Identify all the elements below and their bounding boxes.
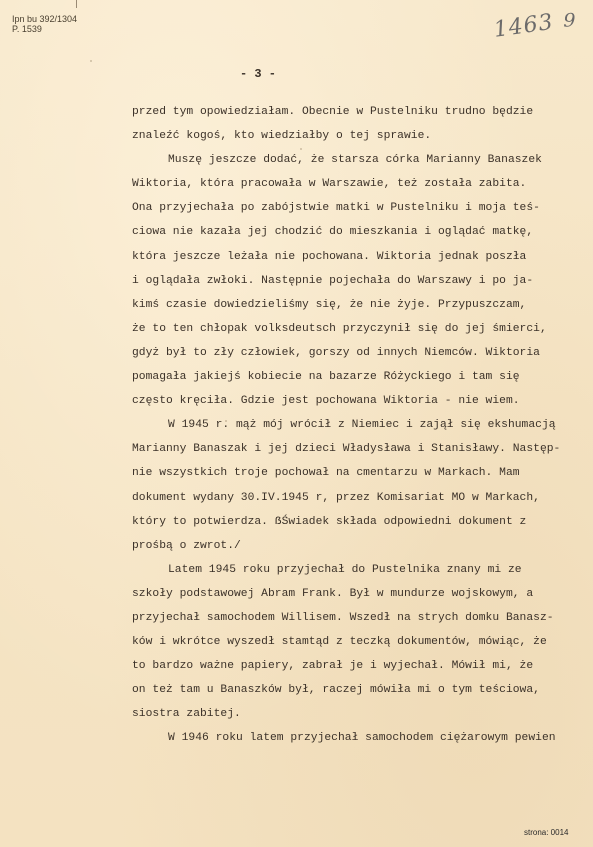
- archive-reference: Ipn bu 392/1304 P. 1539: [12, 14, 77, 34]
- text-line: Ona przyjechała po zabójstwie matki w Pu…: [132, 196, 582, 220]
- text-line: on też tam u Banaszków był, raczej mówił…: [132, 678, 582, 702]
- handwritten-folio-number: 1463: [492, 10, 555, 43]
- text-line: W 1945 r. mąż mój wrócił z Niemiec i zaj…: [132, 413, 582, 437]
- text-line: często kręciła. Gdzie jest pochowana Wik…: [132, 389, 582, 413]
- text-line: Wiktoria, która pracowała w Warszawie, t…: [132, 172, 582, 196]
- text-line: nie wszystkich troje pochował na cmentar…: [132, 461, 582, 485]
- text-line: prośbą o zwrot./: [132, 534, 582, 558]
- text-line: ków i wkrótce wyszedł stamtąd z teczką d…: [132, 630, 582, 654]
- text-line: który to potwierdza. ẞŚwiadek składa odp…: [132, 510, 582, 534]
- handwritten-sheet-number: 9: [563, 9, 576, 31]
- text-line: siostra zabitej.: [132, 702, 582, 726]
- paper-speck: [225, 420, 227, 422]
- text-line: to bardzo ważne papiery, zabrał je i wyj…: [132, 654, 582, 678]
- text-line: przyjechał samochodem Willisem. Wszedł n…: [132, 606, 582, 630]
- text-line: że to ten chłopak volksdeutsch przyczyni…: [132, 317, 582, 341]
- text-line: Muszę jeszcze dodać, że starsza córka Ma…: [132, 148, 582, 172]
- text-line: szkoły podstawowej Abram Frank. Był w mu…: [132, 582, 582, 606]
- text-line: kimś czasie dowiedzieliśmy się, że nie ż…: [132, 293, 582, 317]
- text-line: i oglądała zwłoki. Następnie pojechała d…: [132, 269, 582, 293]
- handwritten-annotation: 14639: [492, 7, 578, 43]
- text-line: przed tym opowiedziałam. Obecnie w Puste…: [132, 100, 582, 124]
- text-line: dokument wydany 30.IV.1945 r, przez Komi…: [132, 486, 582, 510]
- text-line: która jeszcze leżała nie pochowana. Wikt…: [132, 245, 582, 269]
- paper-speck: [400, 690, 402, 692]
- paper-speck: [300, 148, 302, 150]
- text-line: znaleźć kogoś, kto wiedziałby o tej spra…: [132, 124, 582, 148]
- page-stamp: strona: 0014: [524, 828, 568, 837]
- text-line: W 1946 roku latem przyjechał samochodem …: [132, 726, 582, 750]
- text-line: pomagała jakiejś kobiecie na bazarze Róż…: [132, 365, 582, 389]
- typed-testimony-text: przed tym opowiedziałam. Obecnie w Puste…: [132, 100, 582, 751]
- paper-speck: [90, 60, 92, 62]
- text-line: gdyż był to zły człowiek, gorszy od inny…: [132, 341, 582, 365]
- archive-ref-page: P. 1539: [12, 24, 77, 34]
- text-line: Marianny Banaszak i jej dzieci Władysław…: [132, 437, 582, 461]
- archive-ref-signature: Ipn bu 392/1304: [12, 14, 77, 24]
- page-number: - 3 -: [240, 67, 276, 81]
- text-line: Latem 1945 roku przyjechał do Pustelnika…: [132, 558, 582, 582]
- top-margin-rule: [76, 0, 77, 8]
- text-line: ciowa nie kazała jej chodzić do mieszkan…: [132, 220, 582, 244]
